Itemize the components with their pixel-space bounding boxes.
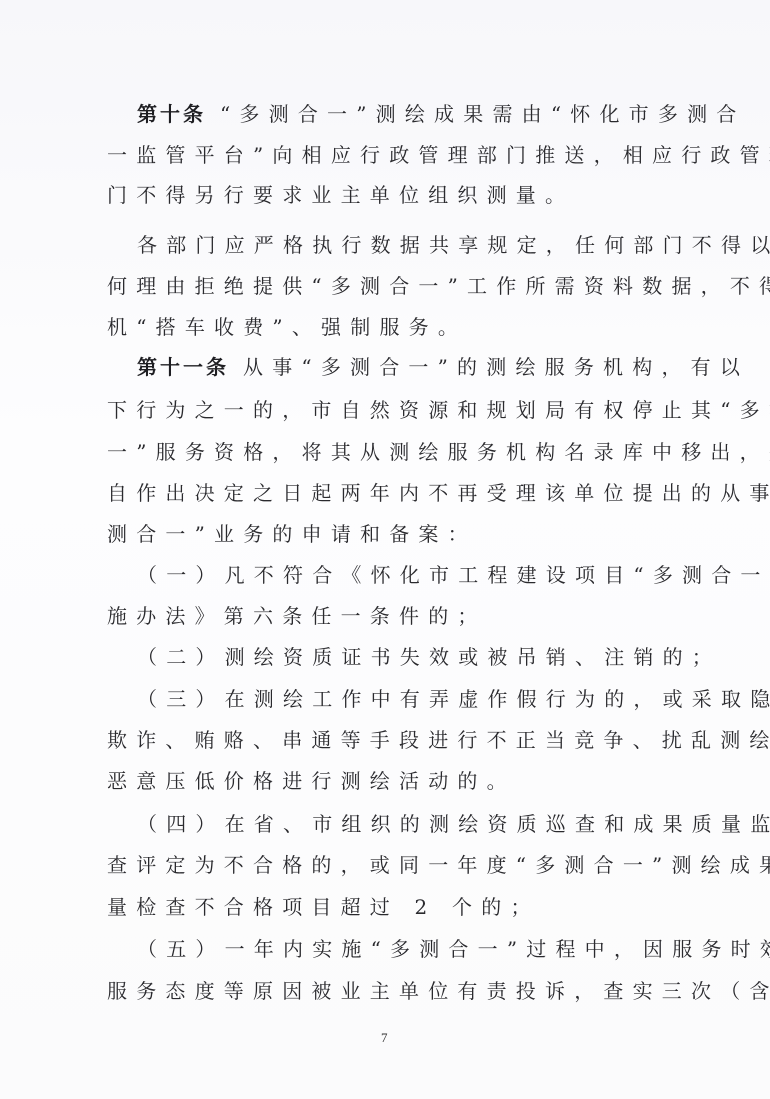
document-page: 第十条“多测合一”测绘成果需由“怀化市多测合 一监管平台”向相应行政管理部门推送… [0,0,770,1099]
item-5-label: （五） [137,937,225,961]
item-1-label: （一） [137,563,225,587]
article-11-line-1: 第十一条从事“多测合一”的测绘服务机构，有以 [137,354,697,380]
item-2-label: （二） [137,645,225,669]
article-11-line-4: 自作出决定之日起两年内不再受理该单位提出的从事“多 [107,480,667,506]
item-4-line-1: （四）在省、市组织的测绘资质巡查和成果质量监督检 [137,811,697,837]
item-1-text: 凡不符合《怀化市工程建设项目“多测合一”实 [225,563,770,587]
item-2-text: 测绘资质证书失效或被吊销、注销的； [225,645,721,669]
item-3-text: 在测绘工作中有弄虚作假行为的，或采取隐瞒、 [225,687,770,711]
item-4-line-3: 量检查不合格项目超过 2 个的； [107,894,667,920]
item-3-line-3: 恶意压低价格进行测绘活动的。 [107,768,667,794]
article-11-line-5: 测合一”业务的申请和备案： [107,521,667,547]
item-5-line-2: 服务态度等原因被业主单位有责投诉，查实三次（含）以上 [107,978,667,1004]
item-1-line-2: 施办法》第六条任一条件的； [107,603,667,629]
data-sharing-line-3: 机“搭车收费”、强制服务。 [107,314,667,340]
data-sharing-line-1: 各部门应严格执行数据共享规定，任何部门不得以任 [137,232,697,258]
page-number: 7 [381,1030,388,1046]
article-11-text: 从事“多测合一”的测绘服务机构，有以 [243,355,749,379]
item-4-line-2: 查评定为不合格的，或同一年度“多测合一”测绘成果质 [107,852,667,878]
article-10-heading: 第十条 [137,102,206,126]
item-3-label: （三） [137,687,225,711]
item-5-text: 一年内实施“多测合一”过程中，因服务时效、 [225,937,770,961]
item-4-label: （四） [137,812,225,836]
item-5-line-1: （五）一年内实施“多测合一”过程中，因服务时效、 [137,936,697,962]
item-3-line-2: 欺诈、贿赂、串通等手段进行不正当竞争、扰乱测绘市场、 [107,727,667,753]
item-1-line-1: （一）凡不符合《怀化市工程建设项目“多测合一”实 [137,562,697,588]
article-11-heading: 第十一条 [137,355,229,379]
item-4-text: 在省、市组织的测绘资质巡查和成果质量监督检 [225,812,770,836]
article-10-line-2: 一监管平台”向相应行政管理部门推送，相应行政管理部 [107,142,667,168]
article-11-line-2: 下行为之一的，市自然资源和规划局有权停止其“多测合 [107,397,667,423]
item-2-line-1: （二）测绘资质证书失效或被吊销、注销的； [137,644,697,670]
article-10-line-1: 第十条“多测合一”测绘成果需由“怀化市多测合 [137,101,697,127]
article-10-text: “多测合一”测绘成果需由“怀化市多测合 [220,102,745,126]
article-11-line-3: 一”服务资格，将其从测绘服务机构名录库中移出，并且 [107,439,667,465]
data-sharing-line-2: 何理由拒绝提供“多测合一”工作所需资料数据，不得借 [107,273,667,299]
item-3-line-1: （三）在测绘工作中有弄虚作假行为的，或采取隐瞒、 [137,686,697,712]
article-10-line-3: 门不得另行要求业主单位组织测量。 [107,182,667,208]
